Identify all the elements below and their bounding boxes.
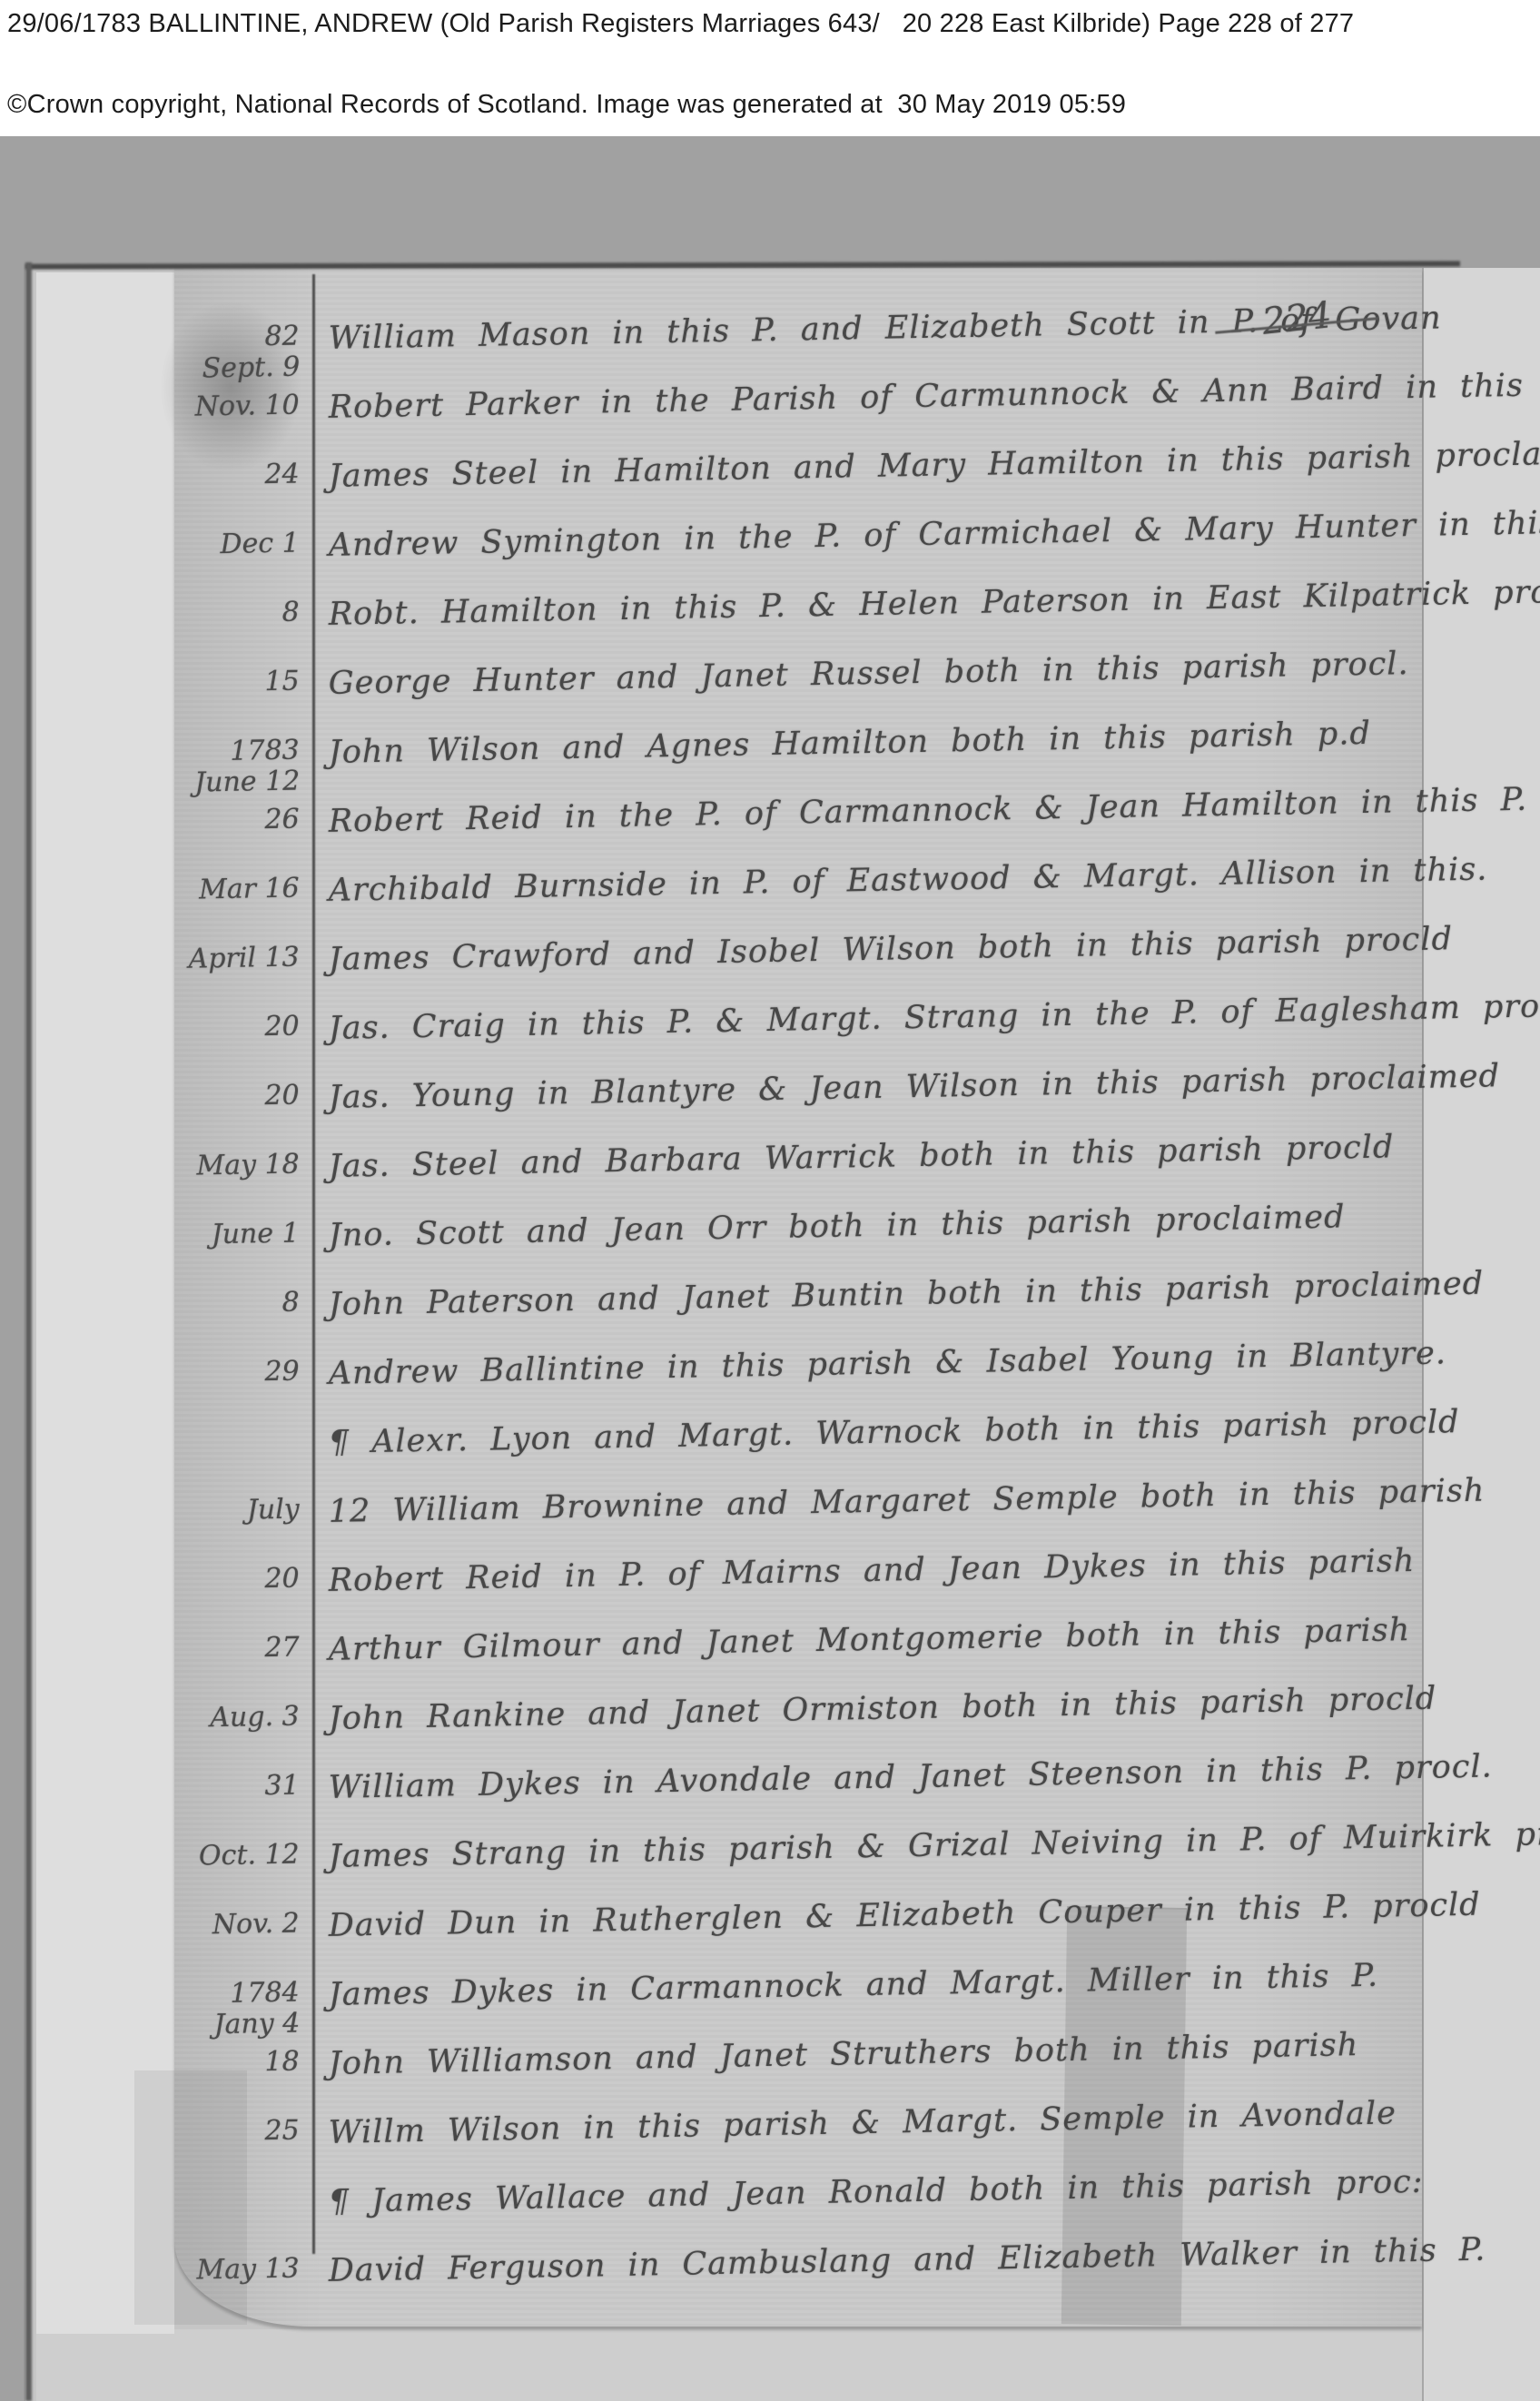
entry-date: 8	[173, 591, 312, 630]
entry-date: June 1	[173, 1212, 312, 1251]
entry-date: 1783 June 12	[173, 729, 312, 799]
entry-date: Oct. 12	[173, 1833, 312, 1872]
entry-date: Mar 16	[173, 867, 312, 906]
page-number: 224	[1260, 294, 1334, 343]
entry-date: 24	[173, 453, 312, 492]
record-viewer: 29/06/1783 BALLINTINE, ANDREW (Old Paris…	[0, 0, 1540, 2401]
entry-date: 31	[173, 1764, 312, 1803]
entry-date: May 18	[173, 1143, 312, 1182]
entry-date: July	[173, 1488, 312, 1527]
entry-date: 1784 Jany 4	[173, 1971, 312, 2041]
entry-date: 82 Sept. 9	[173, 315, 312, 385]
entry-date: 29	[173, 1350, 312, 1389]
backing-below-page	[36, 2329, 1422, 2401]
entry-date: 20	[173, 1005, 312, 1044]
frame-line-left	[25, 262, 32, 2401]
copyright-line: ©Crown copyright, National Records of Sc…	[7, 87, 1505, 122]
register-entries: 82 Sept. 9 William Mason in this P. and …	[174, 318, 1422, 2319]
entry-date: Aug. 3	[173, 1695, 312, 1734]
viewer-header: 29/06/1783 BALLINTINE, ANDREW (Old Paris…	[0, 0, 1540, 136]
entry-date: 8	[173, 1281, 312, 1320]
repair-tape-band-left	[134, 2070, 247, 2325]
entry-date: Nov. 10	[173, 384, 312, 423]
scan-image: 82 Sept. 9 William Mason in this P. and …	[0, 136, 1540, 2401]
entry-date: 20	[173, 1074, 312, 1113]
repair-tape-band	[1061, 1906, 1187, 2326]
entry-date: 27	[173, 1626, 312, 1665]
record-title: 29/06/1783 BALLINTINE, ANDREW (Old Paris…	[7, 5, 1433, 42]
entry-date: Nov. 2	[173, 1902, 312, 1942]
entry-date: 20	[173, 1557, 312, 1596]
entry-date: April 13	[173, 936, 312, 975]
entry-date: 26	[173, 798, 312, 837]
entry-date: 15	[173, 660, 312, 699]
entry-date: Dec 1	[173, 522, 312, 561]
